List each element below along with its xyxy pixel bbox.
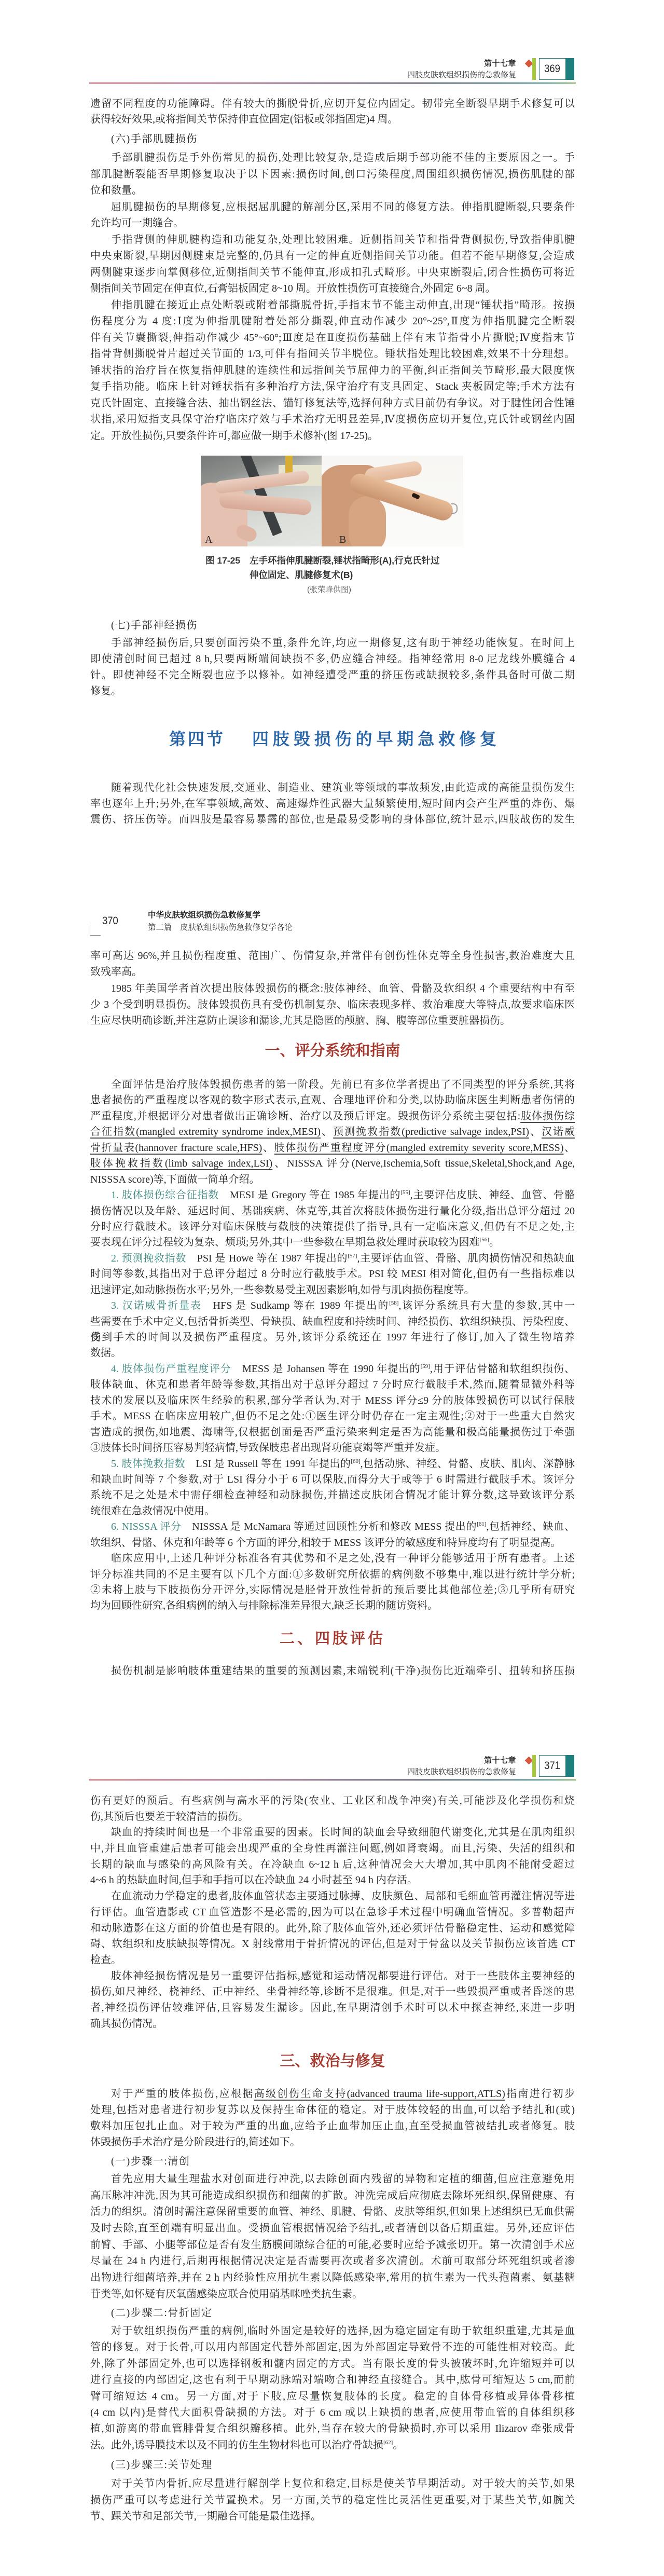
text-line: (4 cm 以内)是替代大面积骨缺损的方法。对于 6 cm 或以上缺损的患者,应… [90, 2405, 575, 2421]
page-number-box: 369 [539, 58, 566, 80]
text-line: 处理,包括对患者进行初步复苏以及保持生命体征的稳定。对于肢体较轻的出血,可以给予… [90, 2102, 575, 2118]
underlined-term: 肢体挽救指数(limb salvage index,LSI) [90, 1158, 272, 1169]
citation-ref: [58] [389, 1300, 398, 1306]
paragraph-block: 遗留不同程度的功能障碍。伴有较大的撕脱骨折,应切开复位内固定。韧带完全断裂早期手… [90, 96, 575, 127]
text-segment: 要表现在评分过程较为复杂、烦琐;另外,其中一些参数在早期急救处理时获取较为困难 [90, 1237, 480, 1248]
text-line: ②未将上肢与下肢损伤分开评分,实际情况是胫骨开放性骨折的预后要比其他部位差;③几… [90, 1582, 575, 1598]
text-line: ③肢体长时间挤压容易判轻病情,导致保肢患者出现肾功能衰竭等严重并发症。 [90, 1440, 575, 1456]
text-segment: NISSSA 是 McNamara 等通过回顾性分析和修改 MESS 提出的 [182, 1521, 477, 1532]
paragraph-block: 对于严重的肢体损伤,应根据高级创伤生命支持(advanced trauma li… [90, 2086, 575, 2150]
text-segment: HFS 是 Sudkamp 等在 1989 年提出的 [202, 1300, 389, 1311]
text-line: 致残率高。 [90, 964, 575, 980]
text-line: 率也逐年上升;另外,在军事领域,高效、高速爆炸性武器大量频繁使用,短时间内会产生… [90, 796, 575, 812]
text-line: 遗留不同程度的功能障碍。伴有较大的撕脱骨折,应切开复位内固定。韧带完全断裂早期手… [90, 96, 575, 112]
subsection-heading: (六)手部肌腱损伤 [111, 131, 198, 147]
text-segment: 、 [262, 1142, 274, 1154]
paragraph-block: 手部神经损伤后,只要创面污染不重,条件允许,均应一期修复,这有助于神经功能恢复。… [90, 635, 575, 700]
text-line: 1985 年美国学者首次提出肢体毁损伤的概念:肢体神经、血管、骨骼及软组织 4 … [90, 981, 575, 997]
figure-17-25: A B [201, 456, 463, 546]
text-line: 高压脉冲冲洗,因为其可能造成组织损伤和细菌的扩散。冲洗完成后应彻底去除坏死组织,… [90, 2188, 575, 2204]
subsection-heading: (三)步骤三:关节处理 [111, 2457, 212, 2473]
text-line: 手部神经损伤后,只要创面污染不重,条件允许,均应一期修复,这有助于神经功能恢复。… [90, 635, 575, 651]
running-header-book-title: 中华皮肤软组织损伤急救修复学 [148, 910, 260, 921]
running-header-371: 第十七章 四肢皮肤软组织损伤的急救修复 371 [0, 1697, 664, 1785]
paragraph-block: 损伤机制是影响肢体重建结果的重要的预测因素,末端锐利(干净)损伤比近端牵引、扭转… [90, 1663, 575, 1679]
running-header-part-title: 第二篇 皮肤软组织损伤急救修复学各论 [148, 923, 293, 933]
figure-credit: (张荣峰供图) [307, 585, 351, 595]
text-line: 植,如游离的带血管腓骨复合组织瓣移植。此外,当存在较大的骨缺损时,亦可以采用 I… [90, 2421, 575, 2437]
section-heading: 三、救治与修复 [90, 2051, 575, 2072]
paragraph-block: 首先应用大量生理盐水对创面进行冲洗,以去除创面内残留的异物和定植的细菌,但应注意… [90, 2171, 575, 2303]
header-rule [89, 83, 576, 84]
text-line: 节、踝关节和足部关节,一期融合可能是最佳选择。 [90, 2509, 575, 2525]
text-line: 震伤、挤压伤等。而四肢是最容易暴露的部位,也是最易受影响的身体部位,统计显示,四… [90, 812, 575, 828]
running-header-chapter: 第十七章 [484, 59, 516, 69]
text-line: 前臂、手部、小腿等部位是否有发生筋膜间隙综合征的可能,必要时应给予减张切开。第一… [90, 2237, 575, 2254]
text-segment: LSI 是 Russell 等在 1991 年提出的 [185, 1458, 351, 1470]
text-line: 检查。 [90, 1952, 575, 1968]
citation-ref: [61] [477, 1521, 486, 1527]
score-label: 1. 肢体损伤综合征指数 [111, 1189, 219, 1201]
citation-ref: [62] [383, 2440, 393, 2446]
paragraph-block: 率可高达 96%,并且损伤程度重、范围广、伤情复杂,并常伴有创伤性休克等全身性损… [90, 948, 575, 1029]
text-line: 者,神经损伤评估较难评估,且容易发生漏诊。因此,在早期清创手术时可以术中探查神经… [90, 2000, 575, 2016]
text-line: 首先应用大量生理盐水对创面进行冲洗,以去除创面内残留的异物和定植的细菌,但应注意… [90, 2171, 575, 2188]
running-header-chapter: 第十七章 [484, 1756, 516, 1766]
text-segment: 、 [563, 1142, 575, 1154]
text-line: 伤到手术的时间以及损伤严重程度。另外,该评分系统还在 1997 年进行了修订,加… [90, 1330, 575, 1345]
citation-ref: [56] [480, 1237, 489, 1243]
underlined-term: 骨折量表(hannover fracture scale,HFS) [90, 1142, 262, 1154]
text-line: 骨折量表(hannover fracture scale,HFS)、肢体损伤严重… [90, 1140, 575, 1156]
page-tab-green-bar [532, 1755, 536, 1777]
text-line: 软组织、骨骼、休克和年龄等 6 个方面的评分,相较于 MESS 该评分的敏感度和… [90, 1535, 575, 1551]
subsection-heading: (七)手部神经损伤 [111, 618, 198, 633]
text-line: 和缺血时间等 7 个参数,对于 LSI 得分小于 6 可以保肢,而得分大于或等于… [90, 1472, 575, 1487]
underlined-term: 高级创伤生命支持(advanced trauma life-support,AT… [254, 2088, 505, 2100]
citation-ref: [59] [421, 1363, 430, 1369]
running-header-369: 第十七章 四肢皮肤软组织损伤的急救修复 369 [0, 0, 664, 88]
text-line: 分时应行截肢术。该评分对临床保肢与截肢的决策提供了指导,具有一定临床意义,但仍有… [90, 1219, 575, 1235]
chapter-section-title: 四肢毁损伤的早期急救修复 [252, 729, 496, 749]
text-line: 中,并且血管重建后患者可能会出现严重的全身性再灌注问题,例如肾衰竭。而且,污染、… [90, 1841, 575, 1857]
text-line: 苷类等,如怀疑有厌氧菌感染应联合使用硝基咪唑类抗生素。 [90, 2286, 575, 2303]
text-line: 对于关节内骨折,应尽量进行解剖学上复位和稳定,目标是使关节早期活动。对于较大的关… [90, 2476, 575, 2492]
diamond-marker-icon [525, 60, 533, 68]
text-line: 位和数量。 [90, 183, 575, 199]
figure-number: 图 17-25 [205, 554, 240, 567]
text-line: 肢体缺血、休克和患者年龄等参数,其指出对于总评分超过 7 分时应行截肢手术,然而… [90, 1377, 575, 1392]
underlined-term: 预测挽救指数(predictive salvage index,PSI) [333, 1126, 529, 1138]
text-line: 修复。 [90, 683, 575, 700]
text-line: 行评估。血管造影或 CT 血管造影不是必需的,因为可以在急诊手术过程中明确血管情… [90, 1904, 575, 1921]
text-segment: ,该评分系统具有大量的参数,其中一 [398, 1300, 575, 1311]
text-line: 臂可缩短达 4 cm。另一方面,对于下肢,应尽量恢复肢体的长度。稳定的自体骨移植… [90, 2389, 575, 2405]
text-line: 法。此外,诱导膜技术以及不同的仿生生物材料也可以治疗骨缺损[62]。 [90, 2437, 575, 2454]
score-label: 6. NISSSA 评分 [111, 1521, 182, 1532]
citation-ref: [55] [400, 1189, 410, 1196]
text-line: 时间等参数,其指出对于总评分超过 8 分时应行截肢手术。PSI 较 MESI 相… [90, 1266, 575, 1282]
text-segment: 指南进行初步 [505, 2088, 575, 2100]
paragraph-block: 对于关节内骨折,应尽量进行解剖学上复位和稳定,目标是使关节早期活动。对于较大的关… [90, 2476, 575, 2525]
text-segment: MESS 是 Johansen 等在 1990 年提出的 [231, 1363, 421, 1375]
text-segment: 。 [489, 1237, 500, 1248]
text-line: 锤状指的治疗旨在恢复指伸肌腱的连续性和远指间关节屈伸力的平衡,纠正指间关节畸形,… [90, 363, 575, 379]
page-number: 370 [102, 914, 118, 928]
underlined-term: 合征指数(mangled extremity syndrome index,ME… [90, 1126, 321, 1138]
page-tab-teal-block [566, 1755, 574, 1777]
text-line: 管的修复。对于长骨,可以用内部固定代替外部固定,因为外部固定导致骨不连的可能性相… [90, 2339, 575, 2355]
underlined-term: 肢体损伤严重程度评分(mangled extremity severity sc… [274, 1142, 564, 1154]
paragraph-block: 随着现代化社会快速发展,交通业、制造业、建筑业等领域的事故频发,由此造成的高能量… [90, 780, 575, 828]
text-line: 允许均可一期缝合。 [90, 215, 575, 232]
text-line: 5. 肢体挽救指数 LSI 是 Russell 等在 1991 年提出的[60]… [90, 1456, 575, 1472]
score-label: 4. 肢体损伤严重程度评分 [111, 1363, 231, 1375]
text-line: 评分标准共同的不足主要有以下几个方面:①多数研究所依据的病例数不够集中,难以进行… [90, 1567, 575, 1582]
text-line: 外,除了外部固定外,也可以选择钢板和髓内固定的方式。当有限长度的骨头被破坏时,允… [90, 2356, 575, 2372]
section-heading: 一、评分系统和指南 [90, 1040, 575, 1061]
text-line: 损伤严重可以考虑进行关节置换术。另一方面,关节的稳定性比灵活性更重要,对于某些关… [90, 2492, 575, 2509]
paragraph-block: 全面评估是治疗肢体毁损伤患者的第一阶段。先前已有多位学者提出了不同类型的评分系统… [90, 1077, 575, 1614]
photo-panel-a: A [201, 456, 322, 546]
page-number-box: 371 [539, 1755, 566, 1777]
header-rule [89, 1779, 576, 1780]
text-line: 些需要在手术中定义,包括骨折类型、骨缺损、缺血程度和持续时间、神经损伤、软组织缺… [90, 1314, 575, 1330]
text-line: 敷料加压包扎止血。对于较为严重的出血,应给予止血带加压止血,直至受损血管被结扎或… [90, 2118, 575, 2134]
paragraph-block: 伤有更好的预后。有些病例与高水平的污染(农业、工业区和战争冲突)有关,可能涉及化… [90, 1793, 575, 2032]
text-line: 伤,其预后也要差于较清洁的损伤。 [90, 1809, 575, 1825]
text-line: 3. 汉诺威骨折量表 HFS 是 Sudkamp 等在 1989 年提出的[58… [90, 1298, 575, 1313]
text-segment: 法。此外,诱导膜技术以及不同的仿生生物材料也可以治疗骨缺损 [90, 2440, 383, 2451]
figure-caption-line: 左手环指伸肌腱断裂,锤状指畸形(A),行克氏针过 [250, 554, 440, 567]
paragraph-block: 对于软组织损伤严重的病例,临时外固定是较好的选择,因为稳定固定有助于软组织重建,… [90, 2323, 575, 2454]
citation-ref: [60] [351, 1458, 360, 1464]
text-line: 4. 肢体损伤严重程度评分 MESS 是 Johansen 等在 1990 年提… [90, 1361, 575, 1377]
text-line: 统很难在急救情况中使用。 [90, 1503, 575, 1519]
score-label: 3. 汉诺威骨折量表 [111, 1300, 202, 1311]
text-line: 对于软组织损伤严重的病例,临时外固定是较好的选择,因为稳定固定有助于软组织重建,… [90, 2323, 575, 2339]
knuckle [349, 496, 386, 546]
text-line: 确其损伤情况。 [90, 2016, 575, 2032]
text-segment: 、NISSSA 评分(Nerve,Ischemia,Soft tissue,Sk… [272, 1158, 575, 1169]
text-line: 缺血的持续时间也是一个非常重要的因素。长时间的缺血会导致细胞代谢变化,尤其是在肌… [90, 1825, 575, 1841]
paragraph-block: 手部肌腱损伤是手外伤常见的损伤,处理比较复杂,是造成后期手部功能不佳的主要原因之… [90, 150, 575, 444]
chapter-section-number: 第四节 [169, 729, 223, 749]
panel-label-b: B [339, 534, 346, 546]
text-line: 损伤,如尺神经、桡神经、正中神经、坐骨神经等,诊断不是很难。但是,对于一些毁损严… [90, 1984, 575, 2000]
kirschner-wire [451, 503, 458, 514]
text-line: 患者损伤的严重程度以客观的数字形式表示,直观、合理地评价和分类,以协助临床医生判… [90, 1092, 575, 1108]
text-segment: ,主要评估血管、骨骼、肌肉损伤情况和热缺血 [357, 1253, 575, 1264]
text-line: 状指,采用短指支具保守治疗临床疗效与手术治疗无明显差异,Ⅳ度损伤应切开复位,克氏… [90, 412, 575, 428]
text-line: 严重程度,并根据评分对患者做出正确诊断、治疗以及预后评定。毁损伤评分系统主要包括… [90, 1108, 575, 1124]
text-line: 对于严重的肢体损伤,应根据高级创伤生命支持(advanced trauma li… [90, 2086, 575, 2102]
text-line: 伤程度分为 4 度:Ⅰ度为伸指肌腱附着处部分撕裂,伸直动作减少 20°~25°,… [90, 313, 575, 330]
text-line: 技术的发展以及临床医生经验的积累,部分学者认为,对于 MESS 评分≤9 分的肢… [90, 1393, 575, 1408]
text-line: 在血流动力学稳定的患者,肢体血管状态主要通过脉搏、皮肤颜色、局部和毛细血管再灌注… [90, 1888, 575, 1904]
running-header-subtitle: 四肢皮肤软组织损伤的急救修复 [407, 1767, 516, 1777]
text-segment: 。 [393, 2440, 403, 2451]
text-line: 针。即使神经不完全断裂也应予以修补。如神经遭受严重的挤压伤或缺损较多,条件具备时… [90, 667, 575, 683]
text-line: 两侧腱束逐步向掌侧移位,近侧指间关节不能伸直,形成扣孔式畸形。中央束断裂后,闭合… [90, 265, 575, 281]
score-label: 5. 肢体挽救指数 [111, 1458, 185, 1470]
text-segment: 、 [529, 1126, 542, 1138]
text-line: 率可高达 96%,并且损伤程度重、范围广、伤情复杂,并常伴有创伤性休克等全身性损… [90, 948, 575, 964]
text-line: 损伤情况以及年龄、延迟时间、基础疾病、休克等,其首次将肢体损伤进行量化分级,指出… [90, 1203, 575, 1219]
text-segment: ,用于评估骨骼和软组织损伤、 [430, 1363, 575, 1375]
subsection-heading: (二)步骤二:骨折固定 [111, 2305, 212, 2321]
text-line: 2. 预测挽救指数 PSI 是 Howe 等在 1987 年提出的[57],主要… [90, 1251, 575, 1266]
running-header-subtitle: 四肢皮肤软组织损伤的急救修复 [407, 70, 516, 80]
text-line: 复手指功能。临床上针对锤状指有多种治疗方法,保守治疗有支具固定、Stack 夹板… [90, 379, 575, 395]
text-line: 损伤机制是影响肢体重建结果的重要的预测因素,末端锐利(干净)损伤比近端牵引、扭转… [90, 1663, 575, 1679]
text-segment: 严重程度,并根据评分对患者做出正确诊断、治疗以及预后评定。毁损伤评分系统主要包括… [90, 1111, 520, 1122]
diamond-marker-icon [525, 1757, 533, 1765]
subsection-heading: (一)步骤一:清创 [111, 2154, 190, 2169]
text-segment: 、 [321, 1126, 333, 1138]
underlined-term: 肢体损伤综 [520, 1111, 575, 1122]
text-line: 进行直接的内部固定,这也有利于早期动脉端对端吻合和神经直接缝合。其中,肱骨可缩短… [90, 2372, 575, 2388]
text-line: 手术。MESS 在临床应用较广,但仍不足之处:①医生评分时仍存在一定主观性;②对… [90, 1408, 575, 1424]
page-tab-teal-block [566, 58, 574, 80]
text-line: 获得较好效果,或将指间关节保持伸直位固定(铝板或邻指固定)4 周。 [90, 112, 575, 127]
text-line: 中央束断裂,早期因侧腱束是完整的,仍具有一定的伸直近侧指间关节功能。但若不能早期… [90, 248, 575, 265]
text-line: 克氏针固定、直接缝合法、抽出钢丝法、锚钉修复法等,选择何种方式目前仍有争议。对于… [90, 395, 575, 412]
text-line: 数据。 [90, 1345, 575, 1361]
page-number: 369 [545, 59, 561, 79]
text-line: 伴有关节囊撕裂,伸指动作减少 45°~60°;Ⅲ度是在Ⅱ度损伤基础上伴有末节指骨… [90, 330, 575, 347]
score-label: 2. 预测挽救指数 [111, 1253, 186, 1264]
text-line: 定。开放性损伤,只要条件许可,都应做一期手术修补(图 17-25)。 [90, 428, 575, 445]
text-segment: PSI 是 Howe 等在 1987 年提出的 [186, 1253, 348, 1264]
text-line: 活力的组织。清创时需注意保留重要的血管、神经、肌腱、骨骼、皮肤等组织,但如果上述… [90, 2204, 575, 2221]
book-page-spread: 第十七章 四肢皮肤软组织损伤的急救修复 369 遗留不同程度的功能障碍。伴有较大… [0, 0, 664, 2576]
page-tab-green-bar [532, 58, 536, 80]
text-line: 肢体挽救指数(limb salvage index,LSI)、NISSSA 评分… [90, 1156, 575, 1171]
text-line: 害造成的损伤,如地震、海啸等,仅根据创面是否严重污染来判定是否为高能量和极高能量… [90, 1424, 575, 1440]
text-segment: ,包括动脉、神经、骨骼、皮肤、肌肉、深静脉 [361, 1458, 575, 1470]
section-heading: 二、四肢评估 [90, 1628, 575, 1649]
text-line: 合征指数(mangled extremity syndrome index,ME… [90, 1124, 575, 1140]
text-line: 侧指间关节固定在伸直位,石膏铝板固定 8~10 周。开放性损伤可直接缝合,外固定… [90, 281, 575, 297]
text-line: 手指背侧的伸肌腱构造和功能复杂,处理比较困难。近侧指间关节和指骨背侧损伤,导致指… [90, 232, 575, 249]
page-number: 371 [545, 1756, 561, 1776]
text-line: 迅速评定,如动脉损伤水平;另外,一些参数易受主观因素影响,如骨与肌肉损伤程度等。 [90, 1282, 575, 1298]
text-line: 均为回顾性研究,各组病例的纳入与排除标准差异很大,缺乏长期的随访资料。 [90, 1598, 575, 1613]
text-line: 随着现代化社会快速发展,交通业、制造业、建筑业等领域的事故频发,由此造成的高能量… [90, 780, 575, 796]
text-line: 手部肌腱损伤是手外伤常见的损伤,处理比较复杂,是造成后期手部功能不佳的主要原因之… [90, 150, 575, 167]
corner-mark [90, 925, 101, 936]
text-line: 长期的缺血与感染的高风险有关。在冷缺血 6~12 h 后,这种情况会大大增加,其… [90, 1857, 575, 1873]
text-line: 生应尽快明确诊断,并注意防止误诊和漏诊,尤其是隐匿的颅脑、胸、腹等部位重要脏器损… [90, 1013, 575, 1029]
text-line: 6. NISSSA 评分 NISSSA 是 McNamara 等通过回顾性分析和… [90, 1519, 575, 1534]
text-line: 少 3 个受到明显损伤。肢体毁损伤具有受伤机制复杂、临床表现多样、救治难度大等特… [90, 997, 575, 1013]
text-line: 伤有更好的预后。有些病例与高水平的污染(农业、工业区和战争冲突)有关,可能涉及化… [90, 1793, 575, 1809]
text-line: 出物进行细菌培养,并在 2 h 内经验性应用抗生素以降低感染率,常用的抗生素为一… [90, 2270, 575, 2286]
text-line: 4~6 h 的热缺血时间,但手和手指可以在冷缺血 24 小时甚至 94 h 内存… [90, 1872, 575, 1888]
text-line: 和动脉造影在这方面的价值也是有限的。此外,除了肢体血管外,还必须评估骨骼稳定性、… [90, 1921, 575, 1937]
text-line: 要表现在评分过程较为复杂、烦琐;另外,其中一些参数在早期急救处理时获取较为困难[… [90, 1235, 575, 1250]
text-line: 及时去除,直至创端有明显出血。受损血管根据情况给予结扎,或者清创以备后期重建。另… [90, 2221, 575, 2237]
text-line: 肢体神经损伤情况是另一重要评估指标,感觉和运动情况都要进行评估。对于一些肢体主要… [90, 1968, 575, 1984]
citation-ref: [57] [348, 1253, 357, 1259]
text-segment: MESI 是 Gregory 等在 1985 年提出的 [219, 1189, 400, 1201]
text-segment: ,主要评估皮肤、神经、血管、骨骼 [410, 1189, 575, 1201]
figure-caption-line: 伸位固定、肌腱修复术(B) [250, 569, 353, 581]
text-line: 屈肌腱损伤的早期修复,应根据屈肌腱的解剖分区,采用不同的修复方法。伸指肌腱断裂,… [90, 199, 575, 216]
panel-label-a: A [205, 534, 212, 546]
text-line: 尽量在 24 h 内进行,后期再根据情况决定是否需要再次或者多次清创。术前可取部… [90, 2253, 575, 2270]
text-line: 碍、软组织和皮肤缺损等情况。X 射线常用于骨折情况的评估,但是对于骨盆以及关节损… [90, 1936, 575, 1952]
text-line: 全面评估是治疗肢体毁损伤患者的第一阶段。先前已有多位学者提出了不同类型的评分系统… [90, 1077, 575, 1092]
underlined-term: 汉诺威 [542, 1126, 575, 1138]
text-line: 系统不足之处是术中需仔细检查神经和动脉损伤,并描述皮肤闭合情况才能计算分数,这导… [90, 1487, 575, 1503]
text-line: 指骨背侧撕脱骨片超过关节面的 1/3,可伴有指间关节半脱位。锤状指处理比较困难,… [90, 346, 575, 363]
text-line: 即使清创时间已超过 8 h,只要两断端间缺损不多,仍应缝合神经。指神经常用 8-… [90, 651, 575, 667]
page-number-370: 370 [102, 914, 120, 928]
text-line: NISSSA score)等,下面做一简单介绍。 [90, 1172, 575, 1187]
text-line: 伸指肌腱在接近止点处断裂或附着部撕脱骨折,手指末节不能主动伸直,出现“锤状指”畸… [90, 297, 575, 314]
text-segment: ,包括神经、缺血、 [486, 1521, 575, 1532]
text-line: 1. 肢体损伤综合征指数 MESI 是 Gregory 等在 1985 年提出的… [90, 1187, 575, 1203]
text-line: 体毁损伤手术治疗是分阶段进行的,简述如下。 [90, 2134, 575, 2150]
text-segment: 对于严重的肢体损伤,应根据 [111, 2088, 254, 2100]
text-line: 临床应用中,上述几种评分标准各有其优势和不足之处,没有一种评分能够适用于所有患者… [90, 1551, 575, 1566]
text-line: 部肌腱断裂能否早期修复取决于以下因素:损伤时间,创口污染程度,周围组织损伤情况,… [90, 167, 575, 183]
photo-panel-b: B [322, 456, 463, 546]
